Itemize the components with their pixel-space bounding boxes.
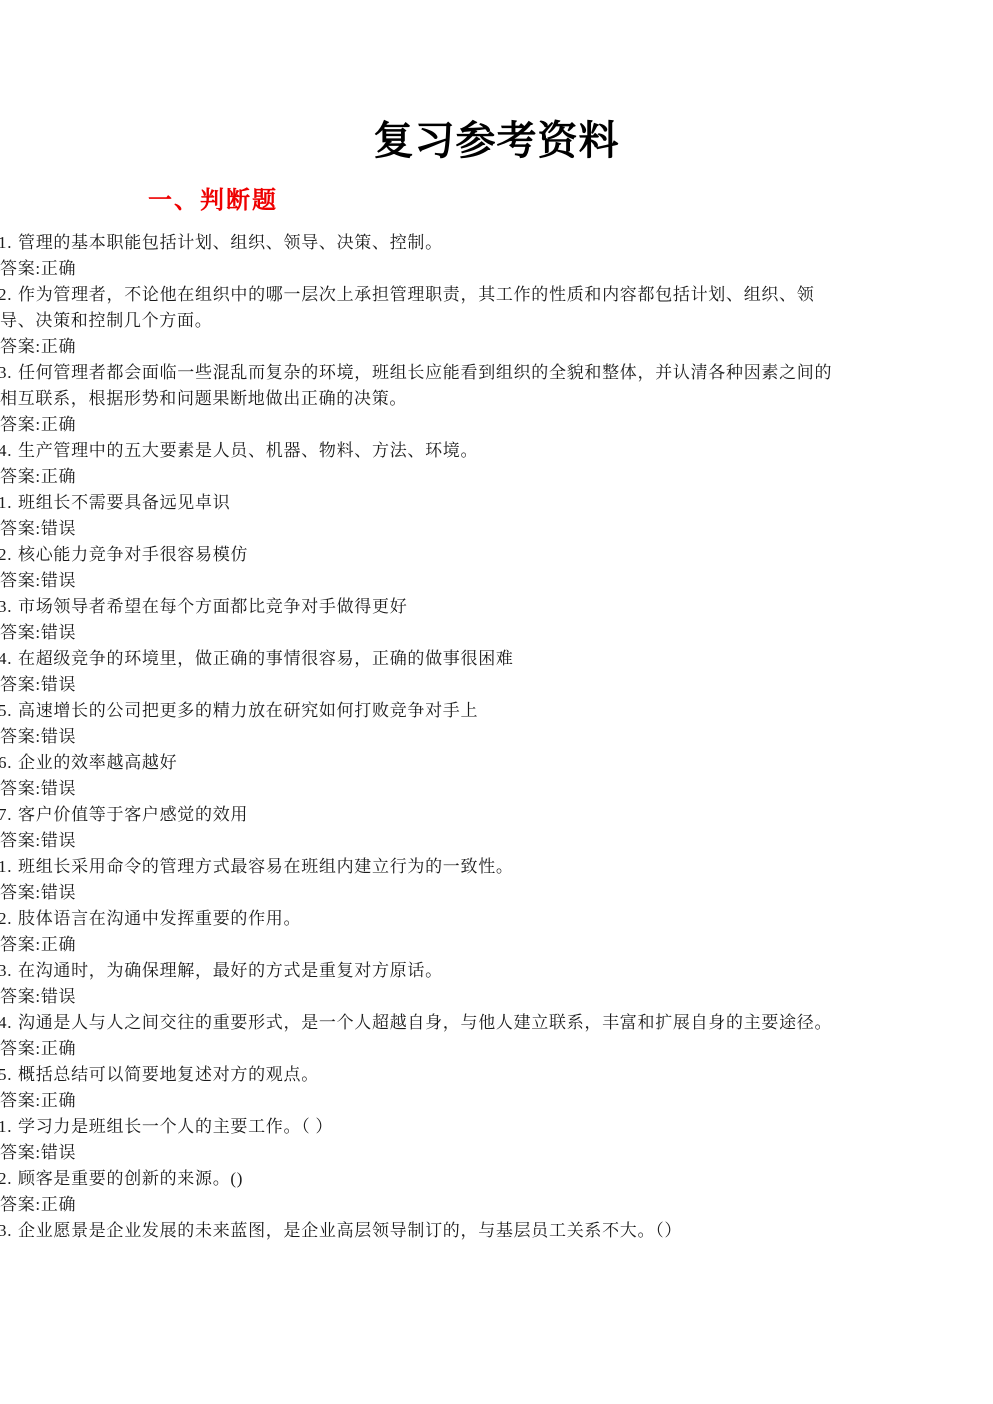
question-text: 概括总结可以简要地复述对方的观点。 xyxy=(18,1065,319,1084)
question-item: 3.企业愿景是企业发展的未来蓝图，是企业高层领导制订的，与基层员工关系不大。（） xyxy=(0,1218,848,1244)
answer-label: 答案: xyxy=(0,987,41,1006)
question-number: 5. xyxy=(0,1062,18,1088)
question-item: 4.生产管理中的五大要素是人员、机器、物料、方法、环境。 答案:正确 xyxy=(0,438,848,490)
answer-label: 答案: xyxy=(0,1091,41,1110)
question-number: 1. xyxy=(0,230,18,256)
question-text: 沟通是人与人之间交往的重要形式，是一个人超越自身，与他人建立联系，丰富和扩展自身… xyxy=(18,1013,832,1032)
question-row: 2.肢体语言在沟通中发挥重要的作用。 xyxy=(0,906,848,932)
question-text: 核心能力竞争对手很容易模仿 xyxy=(18,545,248,564)
question-item: 1.班组长采用命令的管理方式最容易在班组内建立行为的一致性。 答案:错误 xyxy=(0,854,848,906)
answer-label: 答案: xyxy=(0,623,41,642)
question-text: 在沟通时，为确保理解，最好的方式是重复对方原话。 xyxy=(18,961,443,980)
question-row: 2.核心能力竞争对手很容易模仿 xyxy=(0,542,848,568)
question-item: 3.任何管理者都会面临一些混乱而复杂的环境，班组长应能看到组织的全貌和整体，并认… xyxy=(0,360,848,438)
question-number: 2. xyxy=(0,906,18,932)
answer-value: 正确 xyxy=(41,337,76,356)
answer-value: 错误 xyxy=(41,831,76,850)
question-item: 6.企业的效率越高越好 答案:错误 xyxy=(0,750,848,802)
question-number: 4. xyxy=(0,1010,18,1036)
answer-row: 答案:正确 xyxy=(0,1192,848,1218)
question-row: 6.企业的效率越高越好 xyxy=(0,750,848,776)
question-item: 1.学习力是班组长一个人的主要工作。（ ） 答案:错误 xyxy=(0,1114,848,1166)
answer-row: 答案:正确 xyxy=(0,334,848,360)
question-number: 3. xyxy=(0,958,18,984)
answer-row: 答案:错误 xyxy=(0,1140,848,1166)
answer-row: 答案:错误 xyxy=(0,568,848,594)
question-row: 2.作为管理者，不论他在组织中的哪一层次上承担管理职责，其工作的性质和内容都包括… xyxy=(0,282,848,334)
answer-value: 错误 xyxy=(41,675,76,694)
question-item: 2.顾客是重要的创新的来源。() 答案:正确 xyxy=(0,1166,848,1218)
question-text: 高速增长的公司把更多的精力放在研究如何打败竞争对手上 xyxy=(18,701,478,720)
question-number: 1. xyxy=(0,854,18,880)
question-item: 2.肢体语言在沟通中发挥重要的作用。 答案:正确 xyxy=(0,906,848,958)
answer-label: 答案: xyxy=(0,337,41,356)
question-number: 5. xyxy=(0,698,18,724)
question-text: 在超级竞争的环境里，做正确的事情很容易，正确的做事很困难 xyxy=(18,649,514,668)
question-number: 2. xyxy=(0,542,18,568)
answer-row: 答案:错误 xyxy=(0,620,848,646)
answer-value: 错误 xyxy=(41,623,76,642)
question-item: 3.市场领导者希望在每个方面都比竞争对手做得更好 答案:错误 xyxy=(0,594,848,646)
answer-row: 答案:错误 xyxy=(0,828,848,854)
answer-value: 错误 xyxy=(41,779,76,798)
answer-row: 答案:正确 xyxy=(0,412,848,438)
answer-value: 错误 xyxy=(41,987,76,1006)
question-text: 管理的基本职能包括计划、组织、领导、决策、控制。 xyxy=(18,233,443,252)
question-number: 1. xyxy=(0,490,18,516)
question-row: 3.企业愿景是企业发展的未来蓝图，是企业高层领导制订的，与基层员工关系不大。（） xyxy=(0,1218,848,1244)
answer-value: 错误 xyxy=(41,883,76,902)
answer-row: 答案:正确 xyxy=(0,932,848,958)
question-number: 4. xyxy=(0,438,18,464)
question-item: 3.在沟通时，为确保理解，最好的方式是重复对方原话。 答案:错误 xyxy=(0,958,848,1010)
question-row: 4.生产管理中的五大要素是人员、机器、物料、方法、环境。 xyxy=(0,438,848,464)
question-text: 任何管理者都会面临一些混乱而复杂的环境，班组长应能看到组织的全貌和整体，并认清各… xyxy=(0,363,832,408)
answer-row: 答案:正确 xyxy=(0,464,848,490)
answer-value: 正确 xyxy=(41,1195,76,1214)
answer-label: 答案: xyxy=(0,467,41,486)
answer-value: 错误 xyxy=(41,571,76,590)
answer-value: 正确 xyxy=(41,935,76,954)
question-text: 市场领导者希望在每个方面都比竞争对手做得更好 xyxy=(18,597,407,616)
answer-label: 答案: xyxy=(0,935,41,954)
question-item: 5.高速增长的公司把更多的精力放在研究如何打败竞争对手上 答案:错误 xyxy=(0,698,848,750)
question-item: 4.在超级竞争的环境里，做正确的事情很容易，正确的做事很困难 答案:错误 xyxy=(0,646,848,698)
answer-row: 答案:错误 xyxy=(0,516,848,542)
question-row: 2.顾客是重要的创新的来源。() xyxy=(0,1166,848,1192)
question-text: 学习力是班组长一个人的主要工作。（ ） xyxy=(18,1117,333,1136)
answer-label: 答案: xyxy=(0,415,41,434)
question-row: 7.客户价值等于客户感觉的效用 xyxy=(0,802,848,828)
answer-value: 正确 xyxy=(41,415,76,434)
answer-label: 答案: xyxy=(0,1039,41,1058)
question-text: 客户价值等于客户感觉的效用 xyxy=(18,805,248,824)
answer-value: 正确 xyxy=(41,467,76,486)
question-row: 1.班组长采用命令的管理方式最容易在班组内建立行为的一致性。 xyxy=(0,854,848,880)
question-row: 4.沟通是人与人之间交往的重要形式，是一个人超越自身，与他人建立联系，丰富和扩展… xyxy=(0,1010,848,1036)
answer-row: 答案:错误 xyxy=(0,724,848,750)
question-row: 3.在沟通时，为确保理解，最好的方式是重复对方原话。 xyxy=(0,958,848,984)
question-text: 肢体语言在沟通中发挥重要的作用。 xyxy=(18,909,301,928)
answer-row: 答案:正确 xyxy=(0,1036,848,1062)
answer-label: 答案: xyxy=(0,519,41,538)
answer-row: 答案:错误 xyxy=(0,672,848,698)
section-heading: 一、判断题 xyxy=(148,187,993,215)
document-page: 复习参考资料 一、判断题 1.管理的基本职能包括计划、组织、领导、决策、控制。 … xyxy=(0,0,993,1404)
question-row: 1.管理的基本职能包括计划、组织、领导、决策、控制。 xyxy=(0,230,848,256)
question-item: 2.核心能力竞争对手很容易模仿 答案:错误 xyxy=(0,542,848,594)
document-title: 复习参考资料 xyxy=(0,0,993,166)
question-number: 6. xyxy=(0,750,18,776)
answer-label: 答案: xyxy=(0,883,41,902)
answer-label: 答案: xyxy=(0,675,41,694)
answer-value: 错误 xyxy=(41,1143,76,1162)
question-number: 3. xyxy=(0,360,18,386)
question-text: 企业的效率越高越好 xyxy=(18,753,177,772)
answer-label: 答案: xyxy=(0,571,41,590)
question-row: 3.市场领导者希望在每个方面都比竞争对手做得更好 xyxy=(0,594,848,620)
answer-row: 答案:正确 xyxy=(0,256,848,282)
question-number: 4. xyxy=(0,646,18,672)
question-item: 5.概括总结可以简要地复述对方的观点。 答案:正确 xyxy=(0,1062,848,1114)
question-number: 3. xyxy=(0,1218,18,1244)
question-row: 5.高速增长的公司把更多的精力放在研究如何打败竞争对手上 xyxy=(0,698,848,724)
answer-label: 答案: xyxy=(0,259,41,278)
question-text: 顾客是重要的创新的来源。() xyxy=(18,1169,243,1188)
question-list: 1.管理的基本职能包括计划、组织、领导、决策、控制。 答案:正确 2.作为管理者… xyxy=(0,230,848,1244)
answer-label: 答案: xyxy=(0,727,41,746)
answer-value: 错误 xyxy=(41,519,76,538)
question-item: 2.作为管理者，不论他在组织中的哪一层次上承担管理职责，其工作的性质和内容都包括… xyxy=(0,282,848,360)
question-row: 1.班组长不需要具备远见卓识 xyxy=(0,490,848,516)
question-number: 1. xyxy=(0,1114,18,1140)
question-item: 7.客户价值等于客户感觉的效用 答案:错误 xyxy=(0,802,848,854)
answer-value: 正确 xyxy=(41,1039,76,1058)
answer-label: 答案: xyxy=(0,1195,41,1214)
answer-label: 答案: xyxy=(0,779,41,798)
answer-label: 答案: xyxy=(0,831,41,850)
question-row: 4.在超级竞争的环境里，做正确的事情很容易，正确的做事很困难 xyxy=(0,646,848,672)
question-number: 3. xyxy=(0,594,18,620)
question-text: 作为管理者，不论他在组织中的哪一层次上承担管理职责，其工作的性质和内容都包括计划… xyxy=(0,285,815,330)
answer-value: 正确 xyxy=(41,1091,76,1110)
question-item: 1.班组长不需要具备远见卓识 答案:错误 xyxy=(0,490,848,542)
answer-label: 答案: xyxy=(0,1143,41,1162)
question-text: 班组长不需要具备远见卓识 xyxy=(18,493,230,512)
answer-value: 正确 xyxy=(41,259,76,278)
question-text: 企业愿景是企业发展的未来蓝图，是企业高层领导制订的，与基层员工关系不大。（） xyxy=(18,1221,682,1240)
question-text: 生产管理中的五大要素是人员、机器、物料、方法、环境。 xyxy=(18,441,478,460)
answer-row: 答案:错误 xyxy=(0,776,848,802)
question-text: 班组长采用命令的管理方式最容易在班组内建立行为的一致性。 xyxy=(18,857,514,876)
answer-row: 答案:错误 xyxy=(0,984,848,1010)
question-number: 2. xyxy=(0,282,18,308)
question-item: 4.沟通是人与人之间交往的重要形式，是一个人超越自身，与他人建立联系，丰富和扩展… xyxy=(0,1010,848,1062)
question-number: 2. xyxy=(0,1166,18,1192)
answer-value: 错误 xyxy=(41,727,76,746)
question-number: 7. xyxy=(0,802,18,828)
question-row: 1.学习力是班组长一个人的主要工作。（ ） xyxy=(0,1114,848,1140)
question-item: 1.管理的基本职能包括计划、组织、领导、决策、控制。 答案:正确 xyxy=(0,230,848,282)
question-row: 5.概括总结可以简要地复述对方的观点。 xyxy=(0,1062,848,1088)
answer-row: 答案:错误 xyxy=(0,880,848,906)
answer-row: 答案:正确 xyxy=(0,1088,848,1114)
question-row: 3.任何管理者都会面临一些混乱而复杂的环境，班组长应能看到组织的全貌和整体，并认… xyxy=(0,360,848,412)
